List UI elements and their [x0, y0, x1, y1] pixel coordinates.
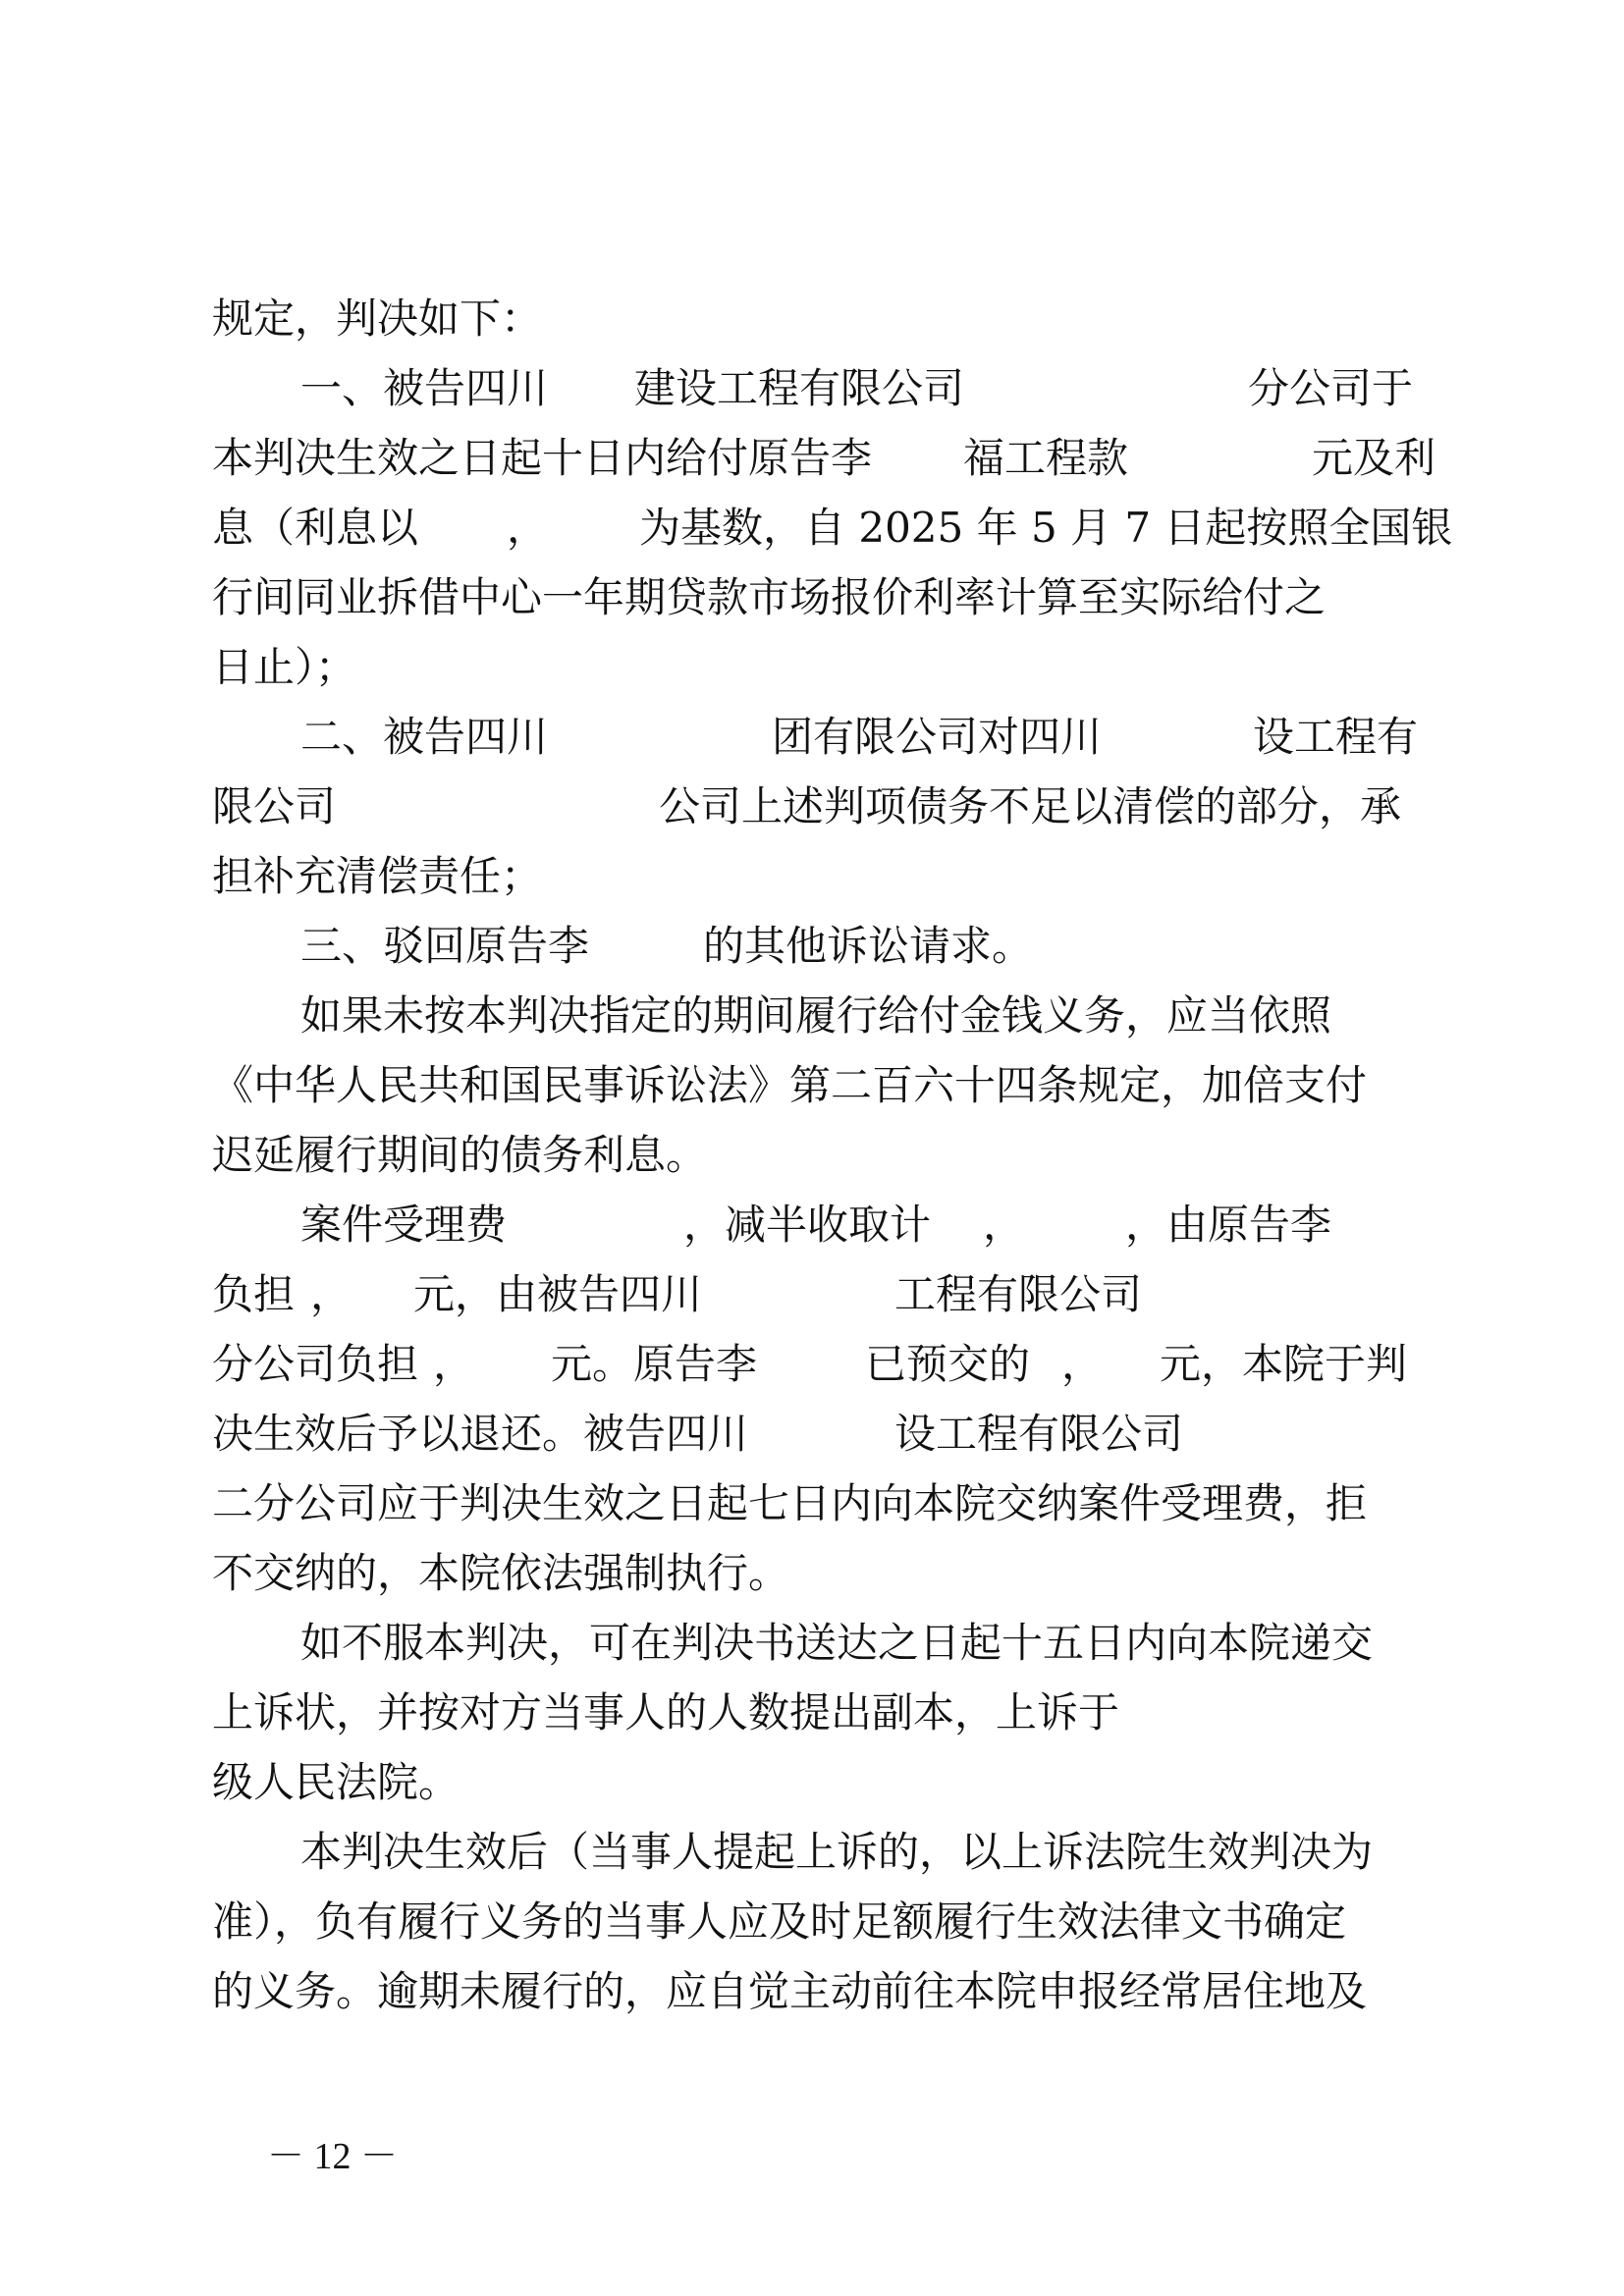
text-segment: 已预交的	[865, 1335, 1030, 1394]
text-segment: 设工程有限公司	[894, 1405, 1183, 1464]
text-segment: 元。原告李	[551, 1335, 757, 1394]
text-line: 如果未按本判决指定的期间履行给付金钱义务，应当依照	[212, 987, 1420, 1045]
text-line: 迟延履行期间的债务利息。	[212, 1126, 1420, 1185]
text-segment: 团有限公司对四川	[772, 708, 1102, 767]
text-segment: ，	[983, 1196, 1024, 1255]
text-segment: 《中华人民共和国民事诉讼法》第二百六十四条规定，加倍支付	[212, 1056, 1367, 1115]
text-line: 的义务。逾期未履行的，应自觉主动前往本院申报经常居住地及	[212, 1962, 1420, 2021]
text-segment: 迟延履行期间的债务利息。	[212, 1126, 707, 1185]
text-segment: 准），负有履行义务的当事人应及时足额履行生效法律文书确定	[212, 1893, 1346, 1951]
text-segment: 公司上述判项债务不足以清偿的部分，承	[659, 777, 1401, 836]
text-segment: 二、被告四川	[300, 708, 548, 767]
text-line: 级人民法院。	[212, 1753, 1420, 1812]
text-segment: 规定，判决如下：	[212, 290, 542, 348]
text-line: 上诉状，并按对方当事人的人数提出副本，上诉于	[212, 1683, 1420, 1742]
text-line: 分公司负担，元。原告李已预交的，元，本院于判	[212, 1335, 1420, 1394]
text-line: 本判决生效后（当事人提起上诉的，以上诉法院生效判决为	[212, 1823, 1420, 1882]
text-segment: ，	[310, 1265, 352, 1324]
text-segment: 不交纳的，本院依法强制执行。	[212, 1544, 789, 1603]
text-segment: 元及利	[1312, 429, 1435, 488]
text-segment: ，	[433, 1335, 474, 1394]
text-segment: 分公司于	[1248, 359, 1413, 418]
text-segment: 如果未按本判决指定的期间履行给付金钱义务，应当依照	[300, 987, 1331, 1045]
text-line: 二、被告四川团有限公司对四川设工程有	[212, 708, 1420, 767]
text-line: 限公司公司上述判项债务不足以清偿的部分，承	[212, 777, 1420, 836]
text-segment: ，减半收取计	[683, 1196, 931, 1255]
text-line: 如不服本判决，可在判决书送达之日起十五日内向本院递交	[212, 1614, 1420, 1673]
text-segment: 案件受理费	[300, 1196, 507, 1255]
text-segment: 级人民法院。	[212, 1753, 460, 1812]
text-segment: 一、被告四川	[300, 359, 548, 418]
text-segment: 息（利息以	[212, 499, 418, 558]
text-segment: 的其他诉讼请求。	[703, 917, 1033, 976]
text-segment: ，	[1061, 1335, 1103, 1394]
text-segment: 设工程有	[1253, 708, 1418, 767]
text-segment: 福工程款	[963, 429, 1128, 488]
page-number: － 12 －	[267, 2125, 398, 2179]
text-segment: 分公司负担	[212, 1335, 418, 1394]
text-segment: 决生效后予以退还。被告四川	[212, 1405, 748, 1464]
text-segment: 限公司	[212, 777, 336, 836]
text-segment: 元，本院于判	[1160, 1335, 1407, 1394]
text-segment: 元，由被告四川	[413, 1265, 702, 1324]
text-segment: ，由原告李	[1125, 1196, 1331, 1255]
text-line: 三、驳回原告李的其他诉讼请求。	[212, 917, 1420, 976]
text-line: 二分公司应于判决生效之日起七日内向本院交纳案件受理费，拒	[212, 1474, 1420, 1533]
text-line: 案件受理费，减半收取计，，由原告李	[212, 1196, 1420, 1255]
text-segment: ，	[507, 499, 548, 558]
text-segment: 上诉状，并按对方当事人的人数提出副本，上诉于	[212, 1683, 1119, 1742]
text-line: 决生效后予以退还。被告四川设工程有限公司	[212, 1405, 1420, 1464]
text-segment: 的义务。逾期未履行的，应自觉主动前往本院申报经常居住地及	[212, 1962, 1367, 2021]
text-segment: 为基数，自 2025 年 5 月 7 日起按照全国银	[639, 499, 1452, 558]
text-segment: 负担	[212, 1265, 295, 1324]
text-line: 息（利息以，为基数，自 2025 年 5 月 7 日起按照全国银	[212, 499, 1420, 558]
text-line: 规定，判决如下：	[212, 290, 1420, 348]
text-line: 担补充清偿责任；	[212, 847, 1420, 906]
text-segment: 建设工程有限公司	[634, 359, 964, 418]
text-segment: 三、驳回原告李	[300, 917, 589, 976]
text-line: 《中华人民共和国民事诉讼法》第二百六十四条规定，加倍支付	[212, 1056, 1420, 1115]
text-segment: 本判决生效后（当事人提起上诉的，以上诉法院生效判决为	[300, 1823, 1373, 1882]
text-segment: 日止）；	[212, 638, 356, 697]
text-line: 行间同业拆借中心一年期贷款市场报价利率计算至实际给付之	[212, 568, 1420, 627]
text-line: 准），负有履行义务的当事人应及时足额履行生效法律文书确定	[212, 1893, 1420, 1951]
text-line: 不交纳的，本院依法强制执行。	[212, 1544, 1420, 1603]
text-segment: 本判决生效之日起十日内给付原告李	[212, 429, 872, 488]
text-segment: 二分公司应于判决生效之日起七日内向本院交纳案件受理费，拒	[212, 1474, 1367, 1533]
text-line: 一、被告四川建设工程有限公司分公司于	[212, 359, 1420, 418]
text-line: 本判决生效之日起十日内给付原告李福工程款元及利	[212, 429, 1420, 488]
text-segment: 担补充清偿责任；	[212, 847, 542, 906]
text-segment: 工程有限公司	[894, 1265, 1142, 1324]
text-segment: 行间同业拆借中心一年期贷款市场报价利率计算至实际给付之	[212, 568, 1326, 627]
text-line: 日止）；	[212, 638, 1420, 697]
text-segment: 如不服本判决，可在判决书送达之日起十五日内向本院递交	[300, 1614, 1373, 1673]
text-line: 负担，元，由被告四川工程有限公司	[212, 1265, 1420, 1324]
